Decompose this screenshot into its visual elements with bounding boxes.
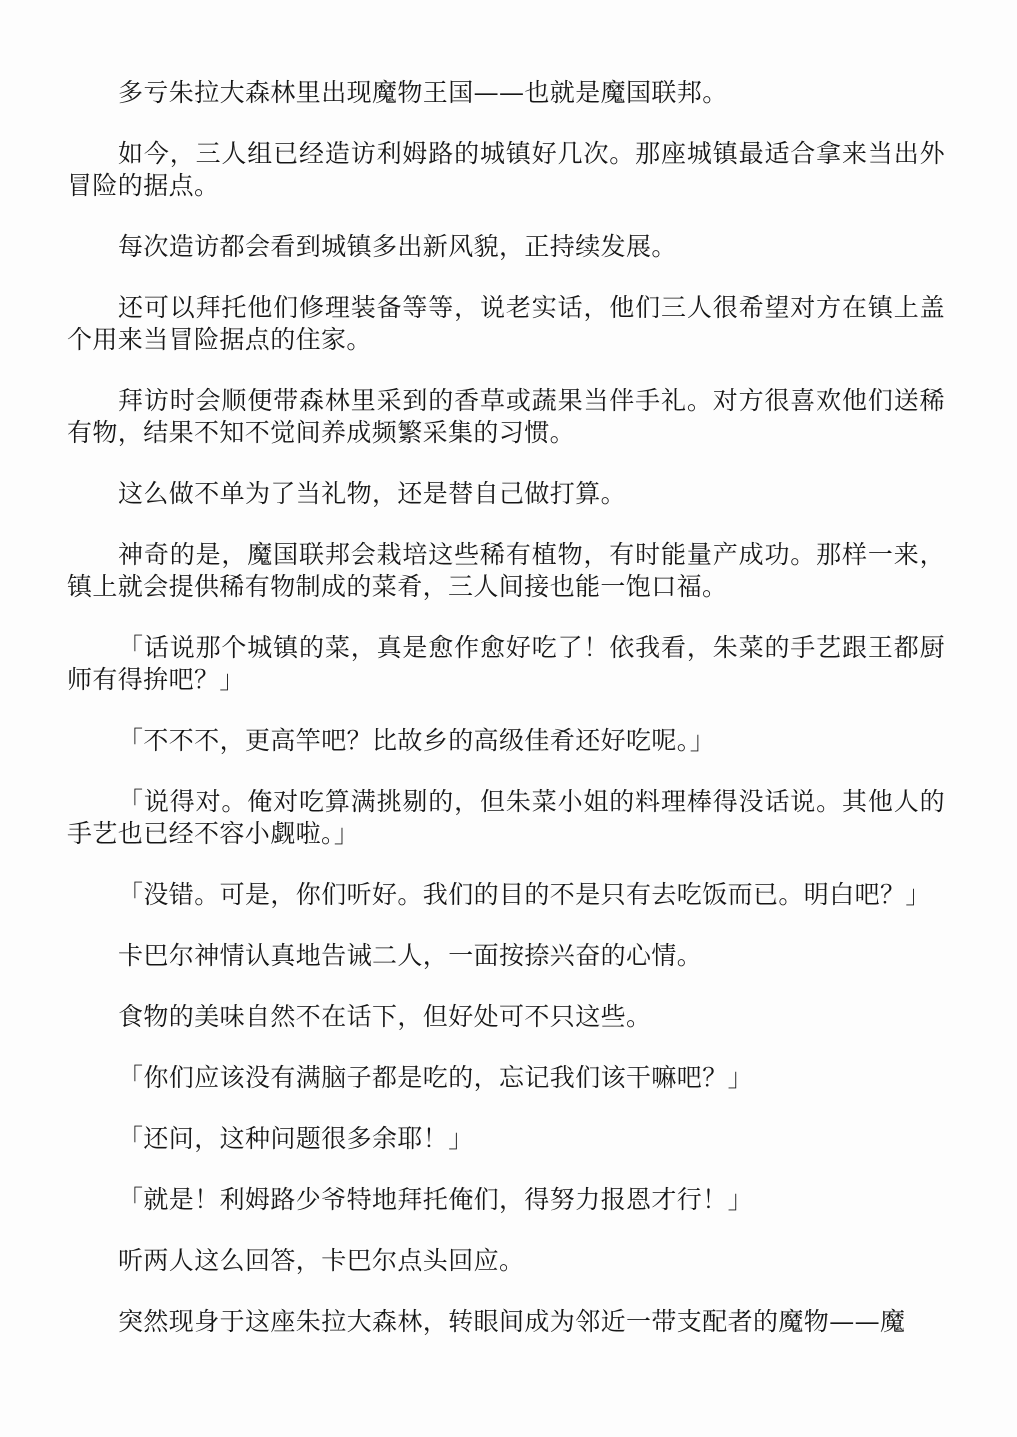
paragraph: 还可以拜托他们修理装备等等，说老实话，他们三人很希望对方在镇上盖个用来当冒险据点…: [67, 292, 945, 356]
paragraph: 神奇的是，魔国联邦会栽培这些稀有植物，有时能量产成功。那样一来，镇上就会提供稀有…: [67, 539, 945, 603]
dialogue-paragraph: 「说得对。俺对吃算满挑剔的，但朱菜小姐的料理棒得没话说。其他人的手艺也已经不容小…: [67, 786, 945, 850]
dialogue-paragraph: 「你们应该没有满脑子都是吃的，忘记我们该干嘛吧？」: [67, 1062, 945, 1094]
paragraph: 多亏朱拉大森林里出现魔物王国——也就是魔国联邦。: [67, 77, 945, 109]
paragraph: 如今，三人组已经造访利姆路的城镇好几次。那座城镇最适合拿来当出外冒险的据点。: [67, 138, 945, 202]
paragraph: 每次造访都会看到城镇多出新风貌，正持续发展。: [67, 231, 945, 263]
dialogue-paragraph: 「就是！利姆路少爷特地拜托俺们，得努力报恩才行！」: [67, 1184, 945, 1216]
dialogue-paragraph: 「不不不，更高竿吧？比故乡的高级佳肴还好吃呢。」: [67, 725, 945, 757]
paragraph: 食物的美味自然不在话下，但好处可不只这些。: [67, 1001, 945, 1033]
paragraph: 听两人这么回答，卡巴尔点头回应。: [67, 1245, 945, 1277]
document-page: 多亏朱拉大森林里出现魔物王国——也就是魔国联邦。 如今，三人组已经造访利姆路的城…: [67, 77, 945, 1367]
paragraph: 这么做不单为了当礼物，还是替自己做打算。: [67, 478, 945, 510]
dialogue-paragraph: 「还问，这种问题很多余耶！」: [67, 1123, 945, 1155]
dialogue-paragraph: 「话说那个城镇的菜，真是愈作愈好吃了！依我看，朱菜的手艺跟王都厨师有得拚吧？」: [67, 632, 945, 696]
paragraph: 拜访时会顺便带森林里采到的香草或蔬果当伴手礼。对方很喜欢他们送稀有物，结果不知不…: [67, 385, 945, 449]
paragraph: 卡巴尔神情认真地告诫二人，一面按捺兴奋的心情。: [67, 940, 945, 972]
paragraph: 突然现身于这座朱拉大森林，转眼间成为邻近一带支配者的魔物——魔: [67, 1306, 945, 1338]
dialogue-paragraph: 「没错。可是，你们听好。我们的目的不是只有去吃饭而已。明白吧？」: [67, 879, 945, 911]
